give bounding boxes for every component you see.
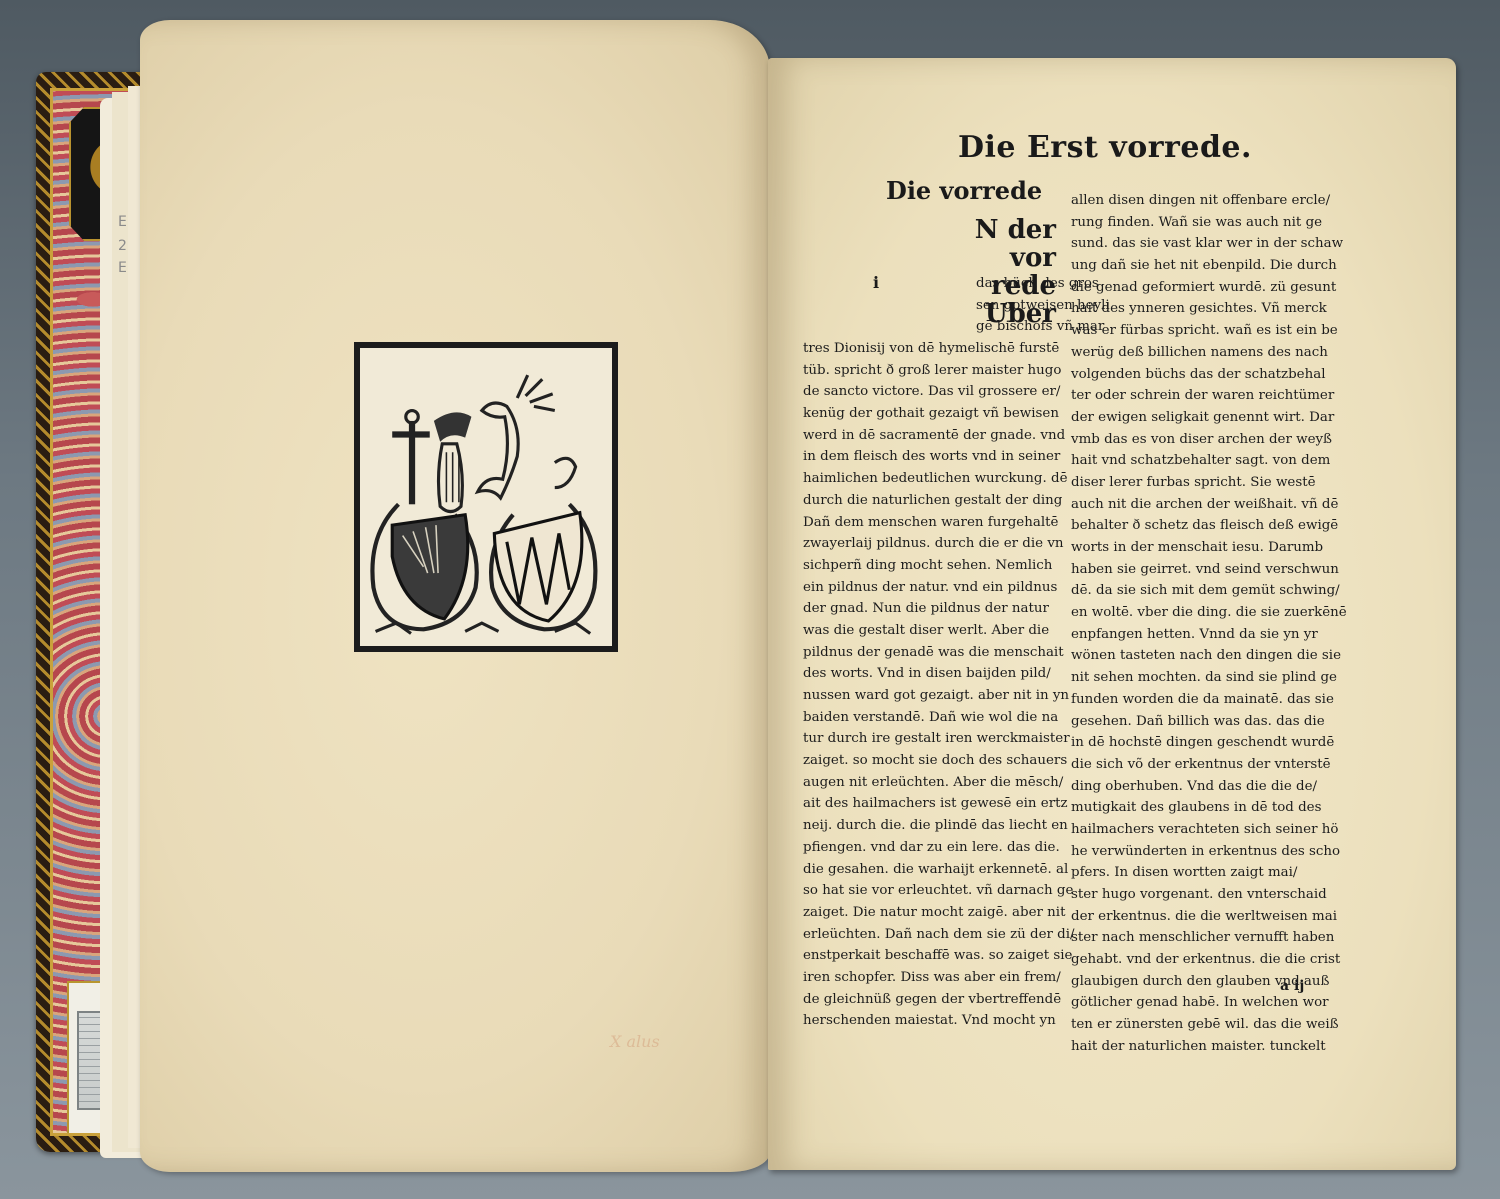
text-line: götlicher genad habē. In welchen wor: [1071, 992, 1381, 1014]
text-line: herschenden maiestat. Vnd mocht yn: [803, 1010, 1103, 1032]
text-line: in dem fleisch des worts vnd in seiner: [803, 446, 1103, 468]
text-line: enpfangen hetten. Vnnd da sie yn yr: [1071, 624, 1381, 646]
woodcut-coat-of-arms: [354, 342, 618, 652]
margin-pencil-note: E: [118, 260, 127, 276]
text-line: diser lerer furbas spricht. Sie westē: [1071, 472, 1381, 494]
text-line: augen nit erleüchten. Aber die mēsch/: [803, 772, 1103, 794]
text-line: ein pildnus der natur. vnd ein pildnus: [803, 577, 1103, 599]
text-line: rung finden. Wañ sie was auch nit ge: [1071, 212, 1381, 234]
text-line: gehabt. vnd der erkentnus. die die crist: [1071, 949, 1381, 971]
text-line: ten er zünersten gebē wil. das die weiß: [1071, 1014, 1381, 1036]
text-line: nussen ward got gezaigt. aber nit in yn: [803, 685, 1103, 707]
text-line: ait des hailmachers ist gewesē ein ertz: [803, 793, 1103, 815]
text-line: behalter ð schetz das fleisch deß ewigē: [1071, 515, 1381, 537]
text-line: en woltē. vber die ding. die sie zuerkēn…: [1071, 602, 1381, 624]
text-line: sichperñ ding mocht sehen. Nemlich: [803, 555, 1103, 577]
text-line: werüg deß billichen namens des nach: [1071, 342, 1381, 364]
text-line: dē. da sie sich mit dem gemüt schwing/: [1071, 580, 1381, 602]
text-line: kenüg der gothait gezaigt vñ bewisen: [803, 403, 1103, 425]
text-line: de sancto victore. Das vil grossere er/: [803, 381, 1103, 403]
text-line: he verwünderten in erkentnus des scho: [1071, 841, 1381, 863]
text-line: tres Dionisij von dē hymelischē furstē: [803, 338, 1103, 360]
text-line: neij. durch die. die plindē das liecht e…: [803, 815, 1103, 837]
text-line: die sich võ der erkentnus der vnterstē: [1071, 754, 1381, 776]
text-line: enstperkait beschaffē was. so zaiget sie: [803, 945, 1103, 967]
text-line: iren schopfer. Diss was aber ein frem/: [803, 967, 1103, 989]
text-line: tur durch ire gestalt iren werckmaister: [803, 728, 1103, 750]
text-line: nit sehen mochten. da sind sie plind ge: [1071, 667, 1381, 689]
text-line: der ewigen seligkait genennt wirt. Dar: [1071, 407, 1381, 429]
text-line: ter oder schrein der waren reichtümer: [1071, 385, 1381, 407]
text-line: gesehen. Dañ billich was das. das die: [1071, 711, 1381, 733]
text-line: pfers. In disen wortten zaigt mai/: [1071, 862, 1381, 884]
text-line: der gnad. Nun die pildnus der natur: [803, 598, 1103, 620]
text-line: hait vnd schatzbehalter sagt. von dem: [1071, 450, 1381, 472]
text-line: zaiget. Die natur mocht zaigē. aber nit: [803, 902, 1103, 924]
text-line: baiden verstandē. Dañ wie wol die na: [803, 707, 1103, 729]
text-line: so hat sie vor erleuchtet. vñ darnach ge: [803, 880, 1103, 902]
text-line: ster nach menschlicher vernufft haben: [1071, 927, 1381, 949]
text-line: was die gestalt diser werlt. Aber die: [803, 620, 1103, 642]
text-line: funden worden die da mainatē. das sie: [1071, 689, 1381, 711]
text-line: hait des ynneren gesichtes. Vñ merck: [1071, 298, 1381, 320]
text-line: mutigkait des glaubens in dē tod des: [1071, 797, 1381, 819]
text-line: tüb. spricht ð groß lerer maister hugo: [803, 360, 1103, 382]
text-line: ung dañ sie het nit ebenpild. Die durch: [1071, 255, 1381, 277]
text-line: zaiget. so mocht sie doch des schauers: [803, 750, 1103, 772]
text-line: Dañ dem menschen waren furgehaltē: [803, 512, 1103, 534]
right-page: Die Erst vorrede. Die vorrede N der vor …: [768, 58, 1456, 1170]
text-line: hait der naturlichen maister. tunckelt: [1071, 1036, 1381, 1058]
text-line: haben sie geirret. vnd seind verschwun: [1071, 559, 1381, 581]
heraldic-shields-icon: [360, 348, 612, 646]
text-line: worts in der menschait iesu. Darumb: [1071, 537, 1381, 559]
text-line: in dē hochstē dingen geschendt wurdē: [1071, 732, 1381, 754]
margin-pencil-note: E: [118, 214, 127, 230]
text-line: zwayerlaij pildnus. durch die er die vn: [803, 533, 1103, 555]
text-column-right: allen disen dingen nit offenbare ercle/ …: [1071, 190, 1381, 1058]
text-line: auch nit die archen der weißhait. vñ dē: [1071, 494, 1381, 516]
left-page: X alus: [140, 20, 770, 1172]
text-line: pfiengen. vnd dar zu ein lere. das die.: [803, 837, 1103, 859]
text-line: der erkentnus. die die werltweisen mai: [1071, 906, 1381, 928]
pencil-annotation: X alus: [610, 1032, 660, 1051]
text-line: durch die naturlichen gestalt der ding: [803, 490, 1103, 512]
text-line: die gesahen. die warhaijt erkennetē. al: [803, 859, 1103, 881]
text-line: des worts. Vnd in disen baijden pild/: [803, 663, 1103, 685]
text-line: allen disen dingen nit offenbare ercle/: [1071, 190, 1381, 212]
text-line: pildnus der genadē was die menschait: [803, 642, 1103, 664]
signature-mark: a ij: [1280, 978, 1304, 994]
initial-heading-line: N der vor: [936, 216, 1056, 272]
text-line: sund. das sie vast klar wer in der schaw: [1071, 233, 1381, 255]
text-line: ster hugo vorgenant. den vnterschaid: [1071, 884, 1381, 906]
guide-letter: i: [873, 273, 879, 292]
text-line: ding oberhuben. Vnd das die die de/: [1071, 776, 1381, 798]
text-line: de gleichnüß gegen der vbertreffendē: [803, 989, 1103, 1011]
text-column-left: tres Dionisij von dē hymelischē furstē t…: [803, 338, 1103, 1032]
text-line: hailmachers verachteten sich seiner hö: [1071, 819, 1381, 841]
chapter-title: Die Erst vorrede.: [958, 130, 1252, 165]
text-line: die genad geformiert wurdē. zü gesunt: [1071, 277, 1381, 299]
text-line: haimlichen bedeutlichen wurckung. dē: [803, 468, 1103, 490]
text-line: glaubigen durch den glauben vnd auß: [1071, 971, 1381, 993]
text-line: erleüchten. Dañ nach dem sie zü der di/: [803, 924, 1103, 946]
text-line: was er fürbas spricht. wañ es ist ein be: [1071, 320, 1381, 342]
text-line: werd in dē sacramentē der gnade. vnd: [803, 425, 1103, 447]
margin-pencil-note: 2: [118, 238, 127, 254]
section-title: Die vorrede: [886, 176, 1042, 205]
book-photograph: Re E 2 E: [0, 0, 1500, 1199]
text-line: volgenden büchs das der schatzbehal: [1071, 364, 1381, 386]
text-line: vmb das es von diser archen der weyß: [1071, 429, 1381, 451]
text-line: wönen tasteten nach den dingen die sie: [1071, 645, 1381, 667]
